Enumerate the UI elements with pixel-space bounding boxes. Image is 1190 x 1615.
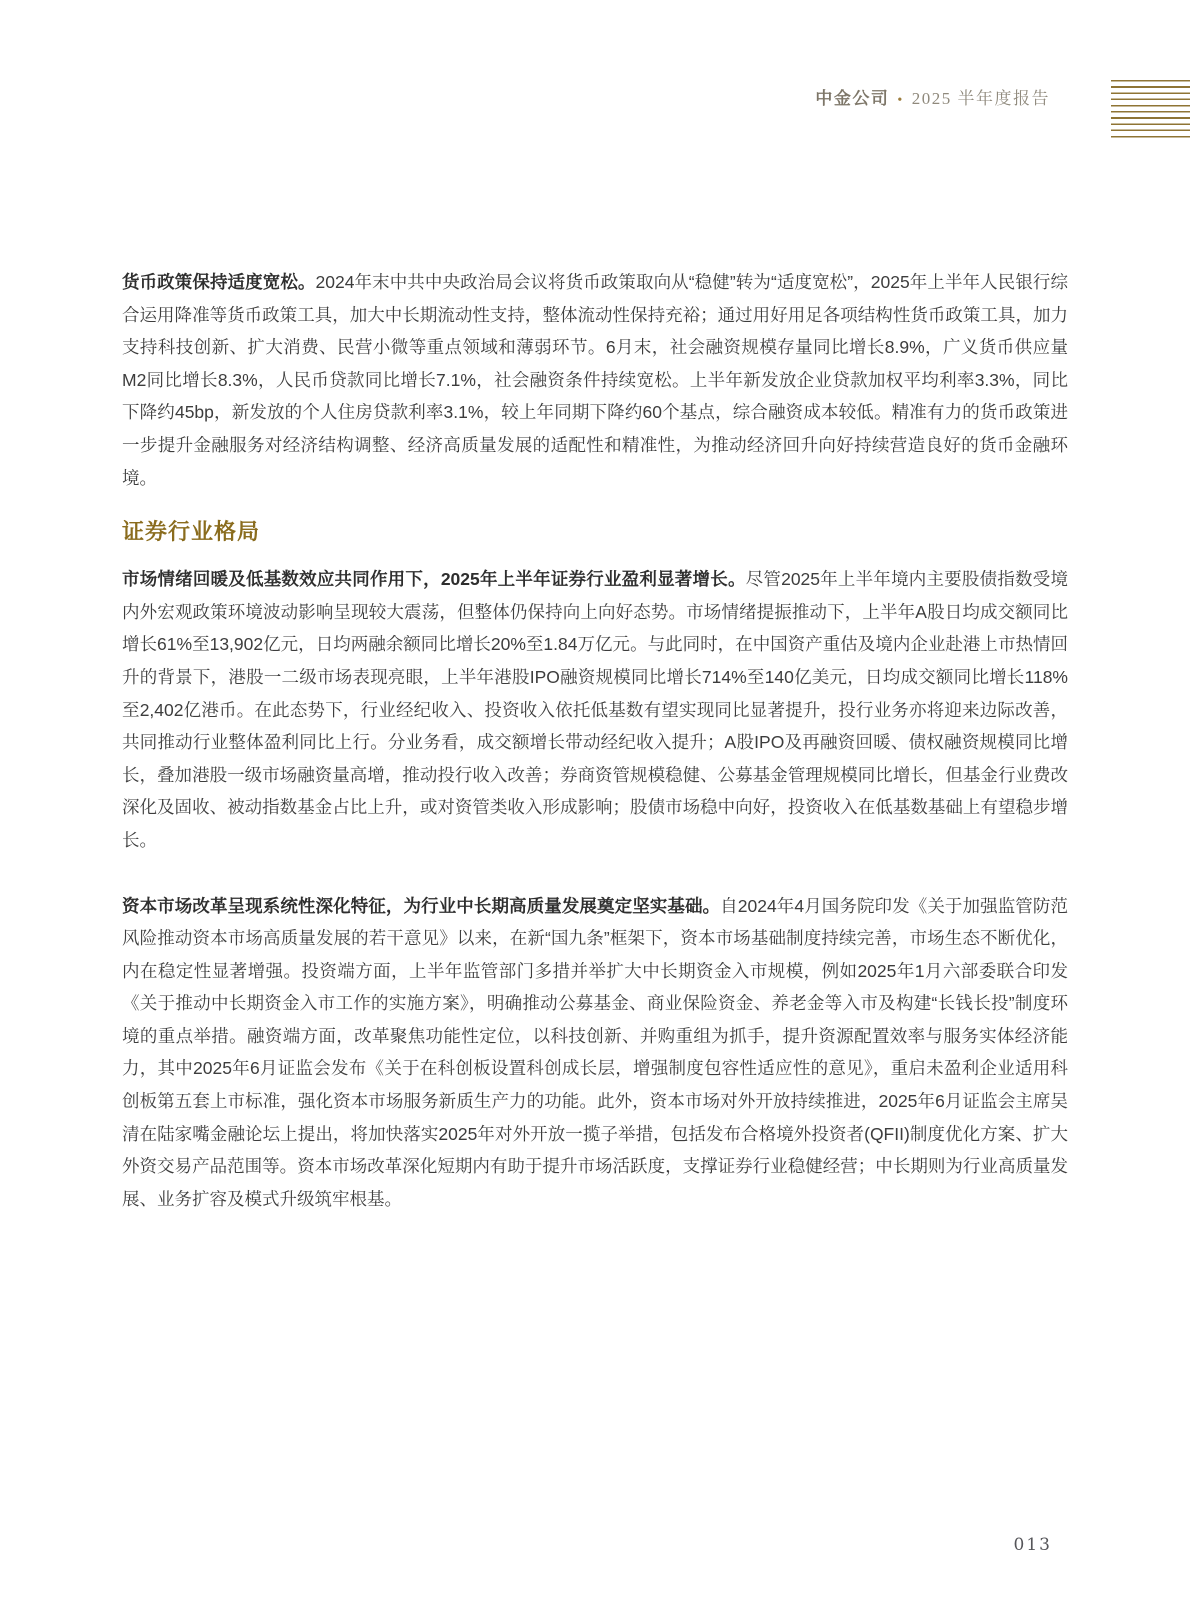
- paragraph-industry-profit: 市场情绪回暖及低基数效应共同作用下，2025年上半年证券行业盈利显著增长。尽管2…: [122, 563, 1068, 856]
- page-body: 货币政策保持适度宽松。2024年末中共中央政治局会议将货币政策取向从“稳健”转为…: [122, 266, 1068, 1215]
- decorative-horizontal-lines-icon: [1111, 80, 1190, 138]
- paragraph-lead: 市场情绪回暖及低基数效应共同作用下，2025年上半年证券行业盈利显著增长。: [122, 569, 746, 589]
- report-page: 中金公司•2025 半年度报告 货币政策保持适度宽松。2024年末中共中央政治局…: [0, 0, 1190, 1615]
- section-heading: 证券行业格局: [122, 517, 1068, 547]
- paragraph-lead: 货币政策保持适度宽松。: [122, 272, 316, 292]
- paragraph-text: 尽管2025年上半年境内主要股债指数受境内外宏观政策环境波动影响呈现较大震荡，但…: [122, 569, 1068, 850]
- page-header-title: 中金公司•2025 半年度报告: [815, 84, 1050, 109]
- company-name: 中金公司: [815, 89, 889, 108]
- report-title: 2025 半年度报告: [912, 89, 1050, 108]
- paragraph-capital-market-reform: 资本市场改革呈现系统性深化特征，为行业中长期高质量发展奠定坚实基础。自2024年…: [122, 890, 1068, 1216]
- header-separator-dot: •: [897, 93, 903, 108]
- page-number: 013: [1014, 1535, 1052, 1555]
- paragraph-text: 自2024年4月国务院印发《关于加强监管防范风险推动资本市场高质量发展的若干意见…: [122, 896, 1068, 1209]
- paragraph-lead: 资本市场改革呈现系统性深化特征，为行业中长期高质量发展奠定坚实基础。: [122, 896, 720, 916]
- paragraph-monetary-policy: 货币政策保持适度宽松。2024年末中共中央政治局会议将货币政策取向从“稳健”转为…: [122, 266, 1068, 494]
- paragraph-text: 2024年末中共中央政治局会议将货币政策取向从“稳健”转为“适度宽松”，2025…: [122, 272, 1068, 488]
